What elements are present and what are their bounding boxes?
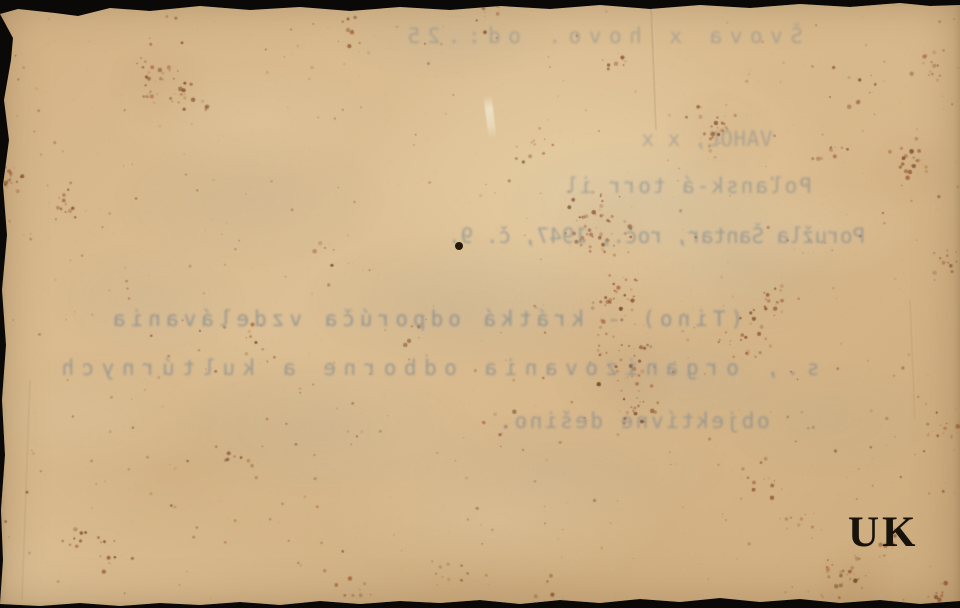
uk-ownership-stamp: UK [848,511,919,554]
bleedthrough-line: objektívne dešino. [497,409,770,433]
ink-dot [455,242,463,250]
bleedthrough-line: s., organizovania odborne a kultúrnych [54,356,819,380]
bleedthrough-line: Švova x hovo. od:.25 [400,24,803,48]
paper-texture-canvas [0,0,960,608]
bleedthrough-line: Poľansk-á torr il [563,174,812,198]
card-paper: Švova x hovo. od:.25VAHOĽ, x xPoľansk-á … [0,0,960,608]
bleedthrough-line: Poružla Šantar, roč., 1947, č. 9. [448,224,865,248]
bleedthrough-line: VAHOĽ, x x [641,127,772,151]
scanned-card: Švova x hovo. od:.25VAHOĽ, x xPoľansk-á … [0,0,960,608]
bleedthrough-line: (Tino) - krátká odporúča vzdelávania [108,307,743,331]
